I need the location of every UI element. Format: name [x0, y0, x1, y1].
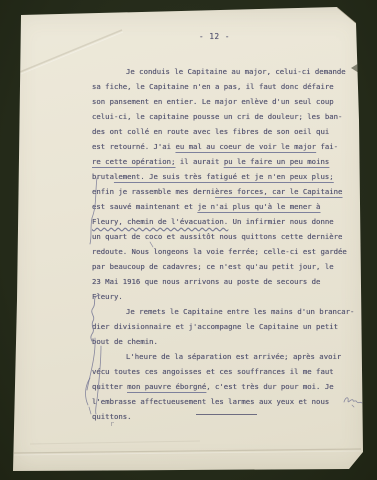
- typed-line: Fleury.: [92, 289, 358, 304]
- typed-text: celui-ci, le capitaine pousse un cri de …: [92, 112, 342, 121]
- typed-text: est sauvé maintenant et: [92, 202, 197, 211]
- typed-text: Fleury.: [92, 292, 123, 301]
- typed-text: fai-: [316, 142, 338, 151]
- typed-line: Je conduis le Capitaine au major, celui-…: [92, 64, 358, 79]
- underlined-text: re cette opération;: [92, 157, 175, 166]
- typed-divider-rule: [196, 414, 257, 415]
- typed-text: l'embrasse affectueusement les larmes au…: [92, 397, 329, 406]
- typed-text: est retourné. J'ai: [92, 142, 175, 151]
- typed-text: vécu toutes ces angoisses et ces souffra…: [92, 367, 334, 376]
- typed-text: son pansement en entier. Le major enlève…: [92, 97, 334, 106]
- underlined-text: eu mal au coeur de voir le major: [175, 142, 316, 151]
- typed-line: enfin je rassemble mes dernières forces,…: [92, 184, 358, 199]
- typed-text: redoute. Nous longeons la voie ferrée; c…: [92, 247, 347, 256]
- typed-text: un quart de coco et aussitôt nous quitto…: [92, 232, 342, 241]
- typed-text: il aurait: [175, 157, 223, 166]
- document-page: - 12 - Je conduis le Capitaine au major,…: [0, 0, 377, 480]
- underlined-text: pu le faire un peu moins: [224, 157, 329, 166]
- typed-text: par beaucoup de cadavres; ce n'est qu'au…: [92, 262, 334, 271]
- typed-line: l'embrasse affectueusement les larmes au…: [92, 394, 358, 409]
- typed-text: quitter: [92, 382, 127, 391]
- typed-text: Je conduis le Capitaine au major, celui-…: [126, 67, 346, 76]
- underlined-text: mon pauvre éborgné: [127, 382, 206, 391]
- typed-line: Fleury, chemin de l'évacuation. Un infir…: [92, 214, 358, 229]
- underlined-text: ères forces, car le Capitaine: [215, 187, 342, 196]
- typed-text: enfin je rassemble mes derni: [92, 187, 215, 196]
- typed-text: dier divisionnaire et j'accompagne le Ca…: [92, 322, 338, 331]
- typed-text: des ont collé en route avec les fibres d…: [92, 127, 329, 136]
- typed-text: bout de chemin.: [92, 337, 158, 346]
- underlined-text: lement. Je suis très fatigué et je n'en …: [114, 172, 334, 181]
- typed-line: est retourné. J'ai eu mal au coeur de vo…: [92, 139, 358, 154]
- typed-line: L'heure de la séparation est arrivée; ap…: [92, 349, 358, 364]
- typed-text: , c'est très dur pour moi. Je: [206, 382, 333, 391]
- typed-line: re cette opération; il aurait pu le fair…: [92, 154, 358, 169]
- typed-line: sa fiche, le Capitaine n'en a pas, il fa…: [92, 79, 358, 94]
- footer-mark: r: [110, 420, 114, 428]
- typed-text: Je remets le Capitaine entre les mains d…: [126, 307, 354, 316]
- typed-text: L'heure de la séparation est arrivée; ap…: [126, 352, 341, 361]
- typed-line: 23 Mai 1916 que nous arrivons au poste d…: [92, 274, 358, 289]
- typed-line: par beaucoup de cadavres; ce n'est qu'au…: [92, 259, 358, 274]
- typed-line: est sauvé maintenant et je n'ai plus qu'…: [92, 199, 358, 214]
- typed-line: un quart de coco et aussitôt nous quitto…: [92, 229, 358, 244]
- typed-line: bout de chemin.: [92, 334, 358, 349]
- typed-line: quitter mon pauvre éborgné, c'est très d…: [92, 379, 358, 394]
- typed-line: redoute. Nous longeons la voie ferrée; c…: [92, 244, 358, 259]
- typed-line: Je remets le Capitaine entre les mains d…: [92, 304, 358, 319]
- typed-line: brutalement. Je suis très fatigué et je …: [92, 169, 358, 184]
- page-number: - 12 -: [199, 32, 230, 41]
- underlined-text: Fleury, chemin de l'évacuation.: [92, 217, 228, 226]
- typed-line: celui-ci, le capitaine pousse un cri de …: [92, 109, 358, 124]
- typed-text-block: Je conduis le Capitaine au major, celui-…: [92, 64, 358, 424]
- typed-line: quittons.: [92, 409, 358, 424]
- typed-text: bruta: [92, 172, 114, 181]
- typed-line: des ont collé en route avec les fibres d…: [92, 124, 358, 139]
- typed-text: Un infirmier nous donne: [228, 217, 333, 226]
- underlined-text: je n'ai plus qu'à le mener à: [197, 202, 320, 211]
- typed-line: vécu toutes ces angoisses et ces souffra…: [92, 364, 358, 379]
- typed-line: dier divisionnaire et j'accompagne le Ca…: [92, 319, 358, 334]
- typed-line: son pansement en entier. Le major enlève…: [92, 94, 358, 109]
- photo-background: - 12 - Je conduis le Capitaine au major,…: [0, 0, 377, 480]
- typed-text: sa fiche, le Capitaine n'en a pas, il fa…: [92, 82, 334, 91]
- typed-text: 23 Mai 1916 que nous arrivons au poste d…: [92, 277, 320, 286]
